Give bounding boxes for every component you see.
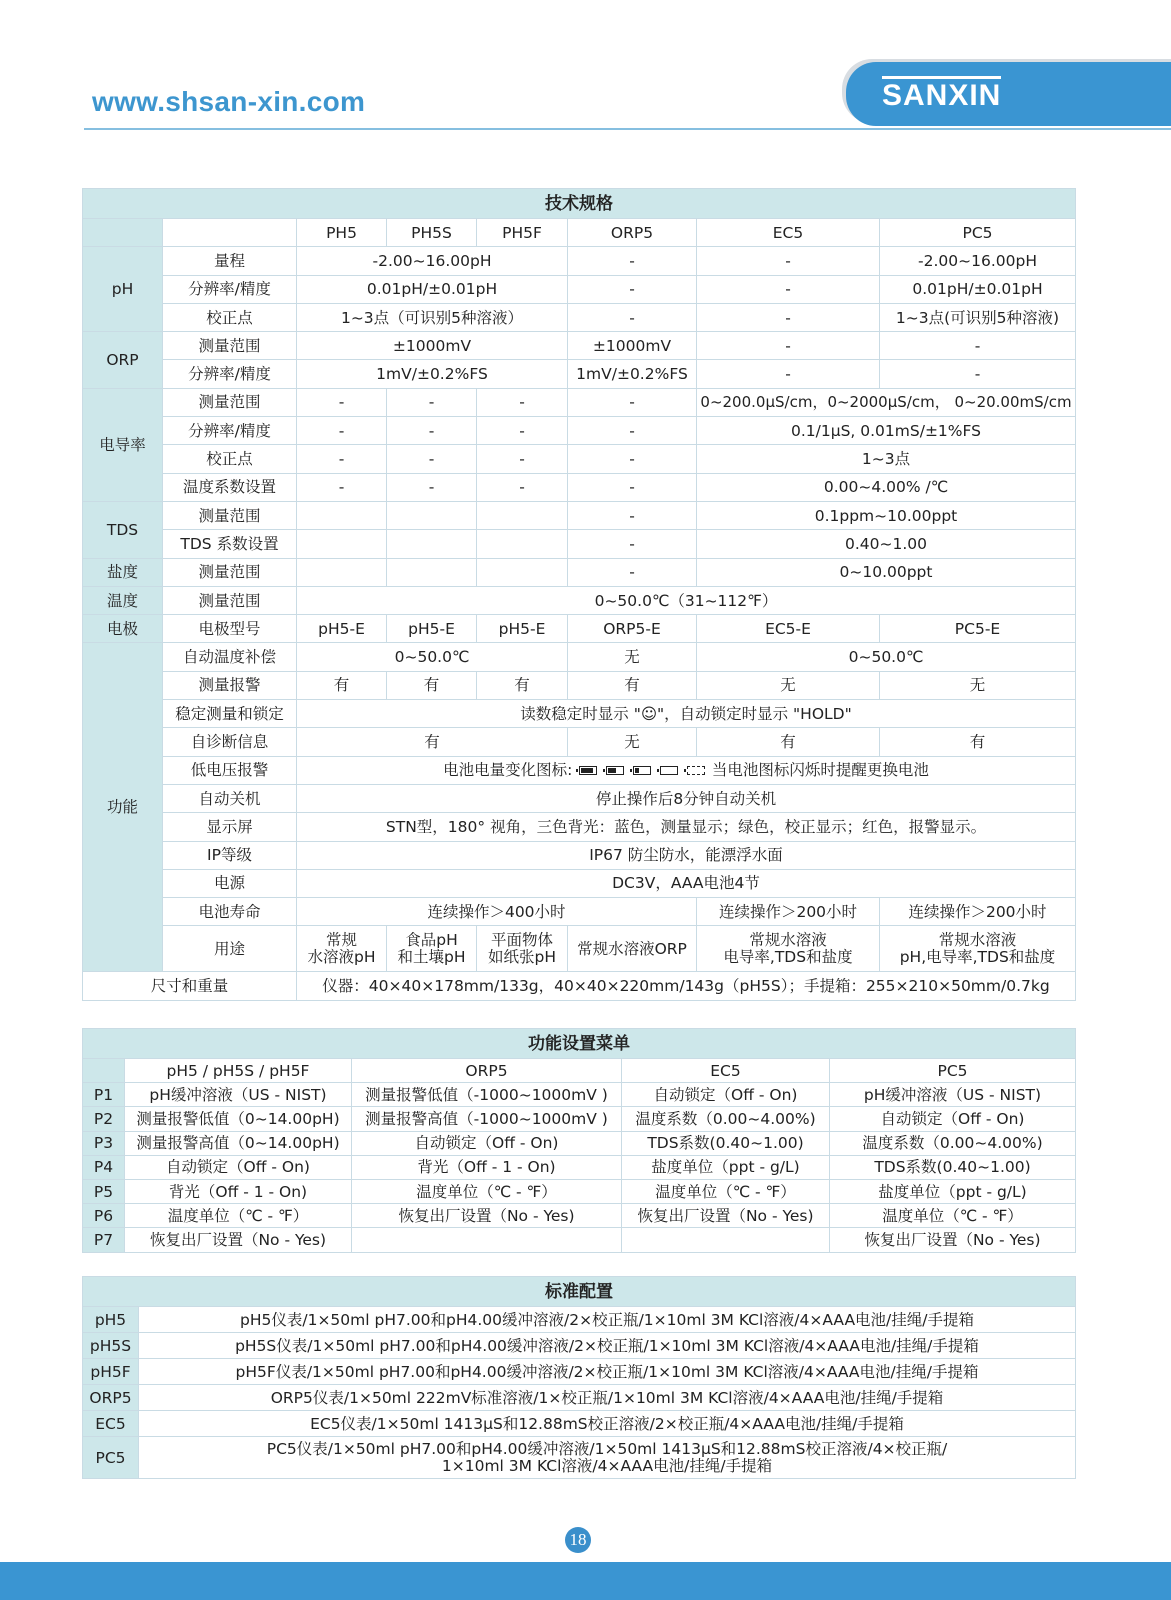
cell: - [697,360,880,388]
battery-flashing-icon [687,766,705,775]
row-label: 尺寸和重量 [83,972,297,1000]
cell: - [297,473,387,501]
row-label: 测量范围 [163,501,297,529]
cell: -2.00~16.00pH [297,247,568,275]
cell: - [880,332,1076,360]
cell: - [387,388,477,416]
footer-bar [0,1562,1171,1600]
row-label: 分辨率/精度 [163,275,297,303]
cell: 0~10.00ppt [697,558,1076,586]
cell: - [697,303,880,331]
cell: 1~3点 [697,445,1076,473]
cell: - [387,445,477,473]
menu-row: P3测量报警高值（0~14.00pH)自动锁定（Off - On)TDS系数(0… [83,1131,1076,1155]
cell: 有 [297,728,568,756]
menu-row: P5背光（Off - 1 - On)温度单位（℃ - ℉）温度单位（℃ - ℉）… [83,1179,1076,1203]
page-number: 18 [565,1527,591,1553]
col-header-ph5s: PH5S [387,219,477,247]
table-row: 用途 常规水溶液pH 食品pH和土壤pH 平面物体如纸张pH 常规水溶液ORP … [83,926,1076,972]
row-label: 显示屏 [163,813,297,841]
group-function: 功能 [83,643,163,972]
group-orp: ORP [83,332,163,389]
table-row: 电导率 测量范围 - - - - 0~200.0μS/cm，0~2000μS/c… [83,388,1076,416]
cell: 连续操作＞200小时 [880,898,1076,926]
menu-title: 功能设置菜单 [83,1029,1076,1059]
cell: ORP5-E [568,615,697,643]
cell: - [568,417,697,445]
cell: 1mV/±0.2%FS [568,360,697,388]
row-label: 测量范围 [163,586,297,614]
cell: 有 [697,728,880,756]
col-header: pH5 / pH5S / pH5F [125,1059,352,1083]
table-row: 功能 自动温度补偿 0~50.0℃ 无 0~50.0℃ [83,643,1076,671]
col-header: ORP5 [352,1059,622,1083]
cell: - [568,445,697,473]
col-header: EC5 [622,1059,830,1083]
cell: 0.00~4.00% /℃ [697,473,1076,501]
cell: 有 [297,671,387,699]
cell: - [477,388,568,416]
table-row: IP等级 IP67 防尘防水，能漂浮水面 [83,841,1076,869]
cell: - [568,275,697,303]
table-row: 低电压报警 电池电量变化图标: 当电池图标闪烁时提醒更换电池 [83,756,1076,784]
spec-table: 技术规格 PH5 PH5S PH5F ORP5 EC5 PC5 pH 量程 -2… [82,188,1076,1001]
table-row: 自诊断信息 有 无 有 有 [83,728,1076,756]
menu-row: P1pH缓冲溶液（US - NIST)测量报警低值（-1000~1000mV )… [83,1083,1076,1107]
table-row: 显示屏 STN型，180° 视角，三色背光：蓝色，测量显示；绿色，校正显示；红色… [83,813,1076,841]
cell: 无 [568,643,697,671]
row-label: 电池寿命 [163,898,297,926]
cell: - [387,473,477,501]
col-header-ec5: EC5 [697,219,880,247]
cell: 0~200.0μS/cm，0~2000μS/cm， 0~20.00mS/cm [697,388,1076,416]
cell: 停止操作后8分钟自动关机 [297,784,1076,812]
row-label: 自动温度补偿 [163,643,297,671]
table-row: 分辨率/精度 0.01pH/±0.01pH - - 0.01pH/±0.01pH [83,275,1076,303]
cell: 平面物体如纸张pH [477,926,568,972]
row-label: 校正点 [163,445,297,473]
cell: 仪器：40×40×178mm/133g，40×40×220mm/143g（pH5… [297,972,1076,1000]
cell: - [697,247,880,275]
cell: 0~50.0℃（31~112℉） [297,586,1076,614]
row-label: IP等级 [163,841,297,869]
config-row: pH5SpH5S仪表/1×50ml pH7.00和pH4.00缓冲溶液/2×校正… [83,1333,1076,1359]
row-label: 自诊断信息 [163,728,297,756]
group-ph: pH [83,247,163,332]
cell: - [568,473,697,501]
table-row: 分辨率/精度 - - - - 0.1/1μS, 0.01mS/±1%FS [83,417,1076,445]
cell: 0.1/1μS, 0.01mS/±1%FS [697,417,1076,445]
battery-one-third-icon [633,766,651,775]
config-row: PC5PC5仪表/1×50ml pH7.00和pH4.00缓冲溶液/1×50ml… [83,1437,1076,1479]
cell: 连续操作＞400小时 [297,898,697,926]
cell: 无 [880,671,1076,699]
cell: PC5-E [880,615,1076,643]
col-header-ph5: PH5 [297,219,387,247]
function-menu-table: 功能设置菜单 pH5 / pH5S / pH5F ORP5 EC5 PC5 P1… [82,1028,1076,1253]
config-row: EC5EC5仪表/1×50ml 1413μS和12.88mS校正溶液/2×校正瓶… [83,1411,1076,1437]
row-label: 分辨率/精度 [163,360,297,388]
table-row: 电源 DC3V，AAA电池4节 [83,869,1076,897]
table-row: 盐度 测量范围 - 0~10.00ppt [83,558,1076,586]
cell: - [477,417,568,445]
group-electrode: 电极 [83,615,163,643]
row-label: 测量范围 [163,558,297,586]
cell: 连续操作＞200小时 [697,898,880,926]
table-row: TDS 测量范围 - 0.1ppm~10.00ppt [83,501,1076,529]
cell: - [477,473,568,501]
col-header-ph5f: PH5F [477,219,568,247]
table-row: 校正点 1~3点（可识别5种溶液） - - 1~3点(可识别5种溶液) [83,303,1076,331]
group-conductivity: 电导率 [83,388,163,501]
cell: - [477,445,568,473]
row-label: 自动关机 [163,784,297,812]
brand-logo: SANXIN [882,76,1001,111]
cell: 0.01pH/±0.01pH [297,275,568,303]
cell: 常规水溶液pH [297,926,387,972]
menu-row: P2测量报警低值（0~14.00pH)测量报警高值（-1000~1000mV )… [83,1107,1076,1131]
cell: 无 [568,728,697,756]
table-row: 温度 测量范围 0~50.0℃（31~112℉） [83,586,1076,614]
row-label: 测量范围 [163,388,297,416]
table-row: 自动关机 停止操作后8分钟自动关机 [83,784,1076,812]
row-label: TDS 系数设置 [163,530,297,558]
table-row: TDS 系数设置 - 0.40~1.00 [83,530,1076,558]
cell: 0~50.0℃ [697,643,1076,671]
table-row: 稳定测量和锁定 读数稳定时显示 "☺"，自动锁定时显示 "HOLD" [83,700,1076,728]
cell: pH5-E [477,615,568,643]
cell: ±1000mV [297,332,568,360]
cell: - [568,501,697,529]
cell: - [568,247,697,275]
cell: 有 [568,671,697,699]
cell: - [297,445,387,473]
config-row: pH5FpH5F仪表/1×50ml pH7.00和pH4.00缓冲溶液/2×校正… [83,1359,1076,1385]
cell: 有 [477,671,568,699]
row-label: 分辨率/精度 [163,417,297,445]
cell: - [568,558,697,586]
standard-config-table: 标准配置 pH5pH5仪表/1×50ml pH7.00和pH4.00缓冲溶液/2… [82,1276,1076,1479]
config-row: pH5pH5仪表/1×50ml pH7.00和pH4.00缓冲溶液/2×校正瓶/… [83,1307,1076,1333]
table-row: ORP 测量范围 ±1000mV ±1000mV - - [83,332,1076,360]
row-label: 温度系数设置 [163,473,297,501]
row-label: 电源 [163,869,297,897]
cell: DC3V，AAA电池4节 [297,869,1076,897]
col-header: PC5 [830,1059,1076,1083]
cell: 常规水溶液ORP [568,926,697,972]
cell: 常规水溶液电导率,TDS和盐度 [697,926,880,972]
row-label: 稳定测量和锁定 [163,700,297,728]
cell: 电池电量变化图标: 当电池图标闪烁时提醒更换电池 [297,756,1076,784]
cell: 0~50.0℃ [297,643,568,671]
cell: - [387,417,477,445]
menu-row: P4自动锁定（Off - On)背光（Off - 1 - On)盐度单位（ppt… [83,1155,1076,1179]
cell: - [568,530,697,558]
cell: EC5-E [697,615,880,643]
cell: - [297,388,387,416]
cell: - [697,275,880,303]
menu-header-row: pH5 / pH5S / pH5F ORP5 EC5 PC5 [83,1059,1076,1083]
group-temperature: 温度 [83,586,163,614]
standard-title: 标准配置 [83,1277,1076,1307]
cell: 常规水溶液pH,电导率,TDS和盐度 [880,926,1076,972]
row-label: 校正点 [163,303,297,331]
battery-full-icon [579,766,597,775]
cell: pH5-E [387,615,477,643]
spec-header-row: PH5 PH5S PH5F ORP5 EC5 PC5 [83,219,1076,247]
row-label: 测量范围 [163,332,297,360]
row-label: 量程 [163,247,297,275]
row-label: 低电压报警 [163,756,297,784]
row-label: 电极型号 [163,615,297,643]
cell: 1mV/±0.2%FS [297,360,568,388]
cell: pH5-E [297,615,387,643]
cell: 有 [880,728,1076,756]
cell: 无 [697,671,880,699]
cell: - [568,388,697,416]
cell: 0.40~1.00 [697,530,1076,558]
cell: -2.00~16.00pH [880,247,1076,275]
col-header-pc5: PC5 [880,219,1076,247]
group-salinity: 盐度 [83,558,163,586]
cell: 读数稳定时显示 "☺"，自动锁定时显示 "HOLD" [297,700,1076,728]
row-label: 测量报警 [163,671,297,699]
cell: 0.1ppm~10.00ppt [697,501,1076,529]
table-row: 温度系数设置 - - - - 0.00~4.00% /℃ [83,473,1076,501]
cell: 有 [387,671,477,699]
col-header-orp5: ORP5 [568,219,697,247]
table-row: 分辨率/精度 1mV/±0.2%FS 1mV/±0.2%FS - - [83,360,1076,388]
header-divider [84,128,1171,130]
battery-two-thirds-icon [606,766,624,775]
row-label: 用途 [163,926,297,972]
cell: 1~3点（可识别5种溶液） [297,303,568,331]
cell: 0.01pH/±0.01pH [880,275,1076,303]
cell: - [297,417,387,445]
cell: - [880,360,1076,388]
battery-empty-icon [660,766,678,775]
table-row: pH 量程 -2.00~16.00pH - - -2.00~16.00pH [83,247,1076,275]
config-row: ORP5ORP5仪表/1×50ml 222mV标准溶液/1×校正瓶/1×10ml… [83,1385,1076,1411]
cell: IP67 防尘防水，能漂浮水面 [297,841,1076,869]
table-row: 电池寿命 连续操作＞400小时 连续操作＞200小时 连续操作＞200小时 [83,898,1076,926]
website-url: www.shsan-xin.com [92,86,365,118]
cell: 食品pH和土壤pH [387,926,477,972]
spec-title: 技术规格 [83,189,1076,219]
table-row: 电极 电极型号 pH5-E pH5-E pH5-E ORP5-E EC5-E P… [83,615,1076,643]
brand-logo-tab: SANXIN [846,62,1171,126]
cell: - [568,303,697,331]
menu-row: P6温度单位（℃ - ℉）恢复出厂设置（No - Yes)恢复出厂设置（No -… [83,1204,1076,1228]
menu-row: P7恢复出厂设置（No - Yes)恢复出厂设置（No - Yes) [83,1228,1076,1252]
cell: ±1000mV [568,332,697,360]
table-row: 测量报警 有 有 有 有 无 无 [83,671,1076,699]
table-row: 校正点 - - - - 1~3点 [83,445,1076,473]
cell: 1~3点(可识别5种溶液) [880,303,1076,331]
group-tds: TDS [83,501,163,558]
cell: - [697,332,880,360]
table-row: 尺寸和重量 仪器：40×40×178mm/133g，40×40×220mm/14… [83,972,1076,1000]
cell: STN型，180° 视角，三色背光：蓝色，测量显示；绿色，校正显示；红色，报警显… [297,813,1076,841]
